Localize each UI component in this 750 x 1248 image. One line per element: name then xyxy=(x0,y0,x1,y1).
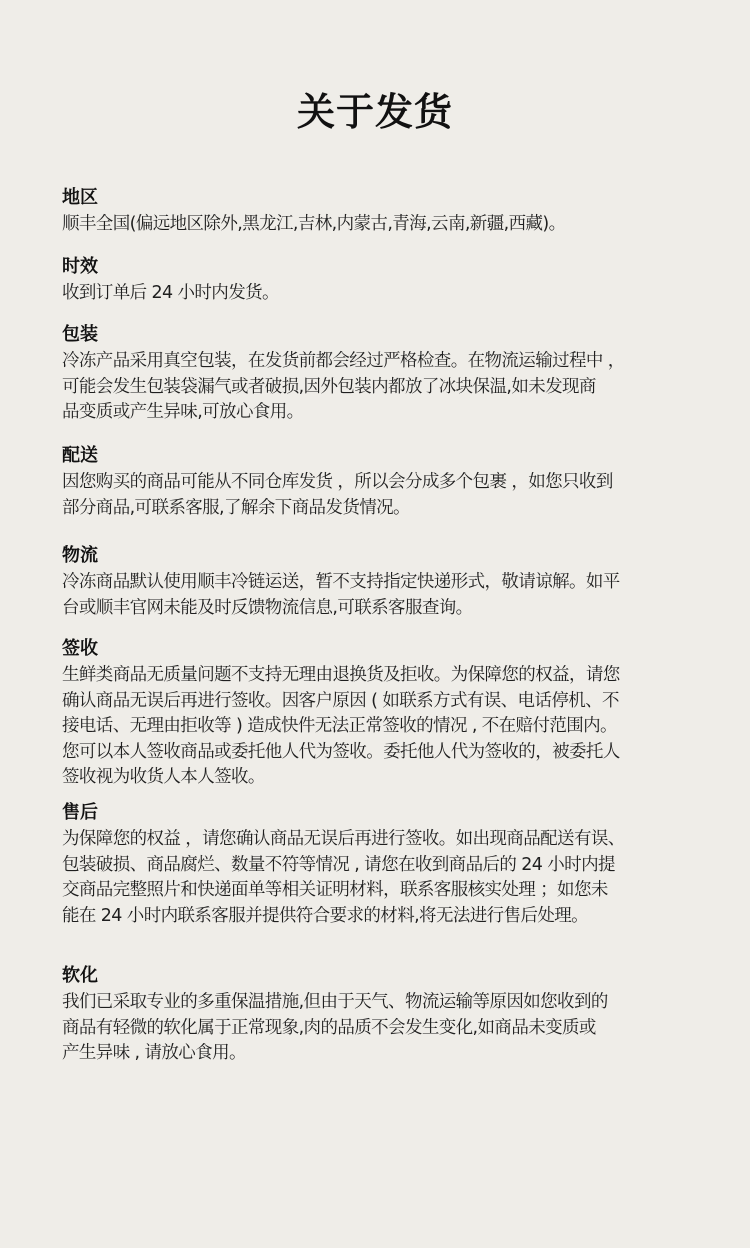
body-line: 生鲜类商品无质量问题不支持无理由退换货及拒收。为保障您的权益，请您 xyxy=(62,663,702,689)
body-line: 接电话、无理由拒收等 ) 造成快件无法正常签收的情况 , 不在赔付范围内。 xyxy=(62,714,702,740)
body-line: 为保障您的权益 ，请您确认商品无误后再进行签收。如出现商品配送有误、 xyxy=(62,827,702,853)
section-body: 为保障您的权益 ，请您确认商品无误后再进行签收。如出现商品配送有误、 包装破损、… xyxy=(62,827,702,929)
section-body: 因您购买的商品可能从不同仓库发货 ，所以会分成多个包裹 ，如您只收到 部分商品,… xyxy=(62,470,702,521)
body-line: 因您购买的商品可能从不同仓库发货 ，所以会分成多个包裹 ，如您只收到 xyxy=(62,470,702,496)
body-line: 包装破损、商品腐烂、数量不符等情况 , 请您在收到商品后的 24 小时内提 xyxy=(62,853,702,879)
section-delivery: 配送 因您购买的商品可能从不同仓库发货 ，所以会分成多个包裹 ，如您只收到 部分… xyxy=(62,444,702,521)
body-line: 我们已采取专业的多重保温措施,但由于天气、物流运输等原因如您收到的 xyxy=(62,990,702,1016)
body-line: 顺丰全国(偏远地区除外,黑龙江,吉林,内蒙古,青海,云南,新疆,西藏)。 xyxy=(62,212,702,238)
body-line: 冷冻商品默认使用顺丰冷链运送，暂不支持指定快递形式，敬请谅解。如平 xyxy=(62,570,702,596)
section-heading: 地区 xyxy=(62,186,702,210)
section-heading: 签收 xyxy=(62,637,702,661)
body-line: 收到订单后 24 小时内发货。 xyxy=(62,281,702,307)
body-line: 部分商品,可联系客服,了解余下商品发货情况。 xyxy=(62,496,702,522)
body-line: 台或顺丰官网未能及时反馈物流信息,可联系客服查询。 xyxy=(62,596,702,622)
section-heading: 物流 xyxy=(62,544,702,568)
body-line: 可能会发生包装袋漏气或者破损,因外包装内都放了冰块保温,如未发现商 xyxy=(62,375,702,401)
body-line: 能在 24 小时内联系客服并提供符合要求的材料,将无法进行售后处理。 xyxy=(62,904,702,930)
section-body: 冷冻商品默认使用顺丰冷链运送，暂不支持指定快递形式，敬请谅解。如平 台或顺丰官网… xyxy=(62,570,702,621)
section-body: 我们已采取专业的多重保温措施,但由于天气、物流运输等原因如您收到的 商品有轻微的… xyxy=(62,990,702,1067)
section-after-sales: 售后 为保障您的权益 ，请您确认商品无误后再进行签收。如出现商品配送有误、 包装… xyxy=(62,801,702,929)
body-line: 签收视为收货人本人签收。 xyxy=(62,765,702,791)
page-title: 关于发货 xyxy=(0,88,750,136)
section-body: 冷冻产品采用真空包装，在发货前都会经过严格检查。在物流运输过程中 ， 可能会发生… xyxy=(62,349,702,426)
body-line: 冷冻产品采用真空包装，在发货前都会经过严格检查。在物流运输过程中 ， xyxy=(62,349,702,375)
section-logistics: 物流 冷冻商品默认使用顺丰冷链运送，暂不支持指定快递形式，敬请谅解。如平 台或顺… xyxy=(62,544,702,621)
section-packaging: 包装 冷冻产品采用真空包装，在发货前都会经过严格检查。在物流运输过程中 ， 可能… xyxy=(62,323,702,426)
section-heading: 软化 xyxy=(62,964,702,988)
body-line: 商品有轻微的软化属于正常现象,肉的品质不会发生变化,如商品未变质或 xyxy=(62,1016,702,1042)
body-line: 您可以本人签收商品或委托他人代为签收。委托他人代为签收的，被委托人 xyxy=(62,740,702,766)
body-line: 产生异味 , 请放心食用。 xyxy=(62,1041,702,1067)
section-body: 收到订单后 24 小时内发货。 xyxy=(62,281,702,307)
section-signing: 签收 生鲜类商品无质量问题不支持无理由退换货及拒收。为保障您的权益，请您 确认商… xyxy=(62,637,702,791)
section-timeliness: 时效 收到订单后 24 小时内发货。 xyxy=(62,255,702,307)
section-heading: 配送 xyxy=(62,444,702,468)
section-softening: 软化 我们已采取专业的多重保温措施,但由于天气、物流运输等原因如您收到的 商品有… xyxy=(62,964,702,1067)
body-line: 交商品完整照片和快递面单等相关证明材料，联系客服核实处理 ；如您未 xyxy=(62,878,702,904)
section-body: 生鲜类商品无质量问题不支持无理由退换货及拒收。为保障您的权益，请您 确认商品无误… xyxy=(62,663,702,791)
section-heading: 包装 xyxy=(62,323,702,347)
body-line: 品变质或产生异味,可放心食用。 xyxy=(62,400,702,426)
body-line: 确认商品无误后再进行签收。因客户原因 ( 如联系方式有误、电话停机、不 xyxy=(62,689,702,715)
section-heading: 时效 xyxy=(62,255,702,279)
section-body: 顺丰全国(偏远地区除外,黑龙江,吉林,内蒙古,青海,云南,新疆,西藏)。 xyxy=(62,212,702,238)
section-heading: 售后 xyxy=(62,801,702,825)
section-region: 地区 顺丰全国(偏远地区除外,黑龙江,吉林,内蒙古,青海,云南,新疆,西藏)。 xyxy=(62,186,702,238)
